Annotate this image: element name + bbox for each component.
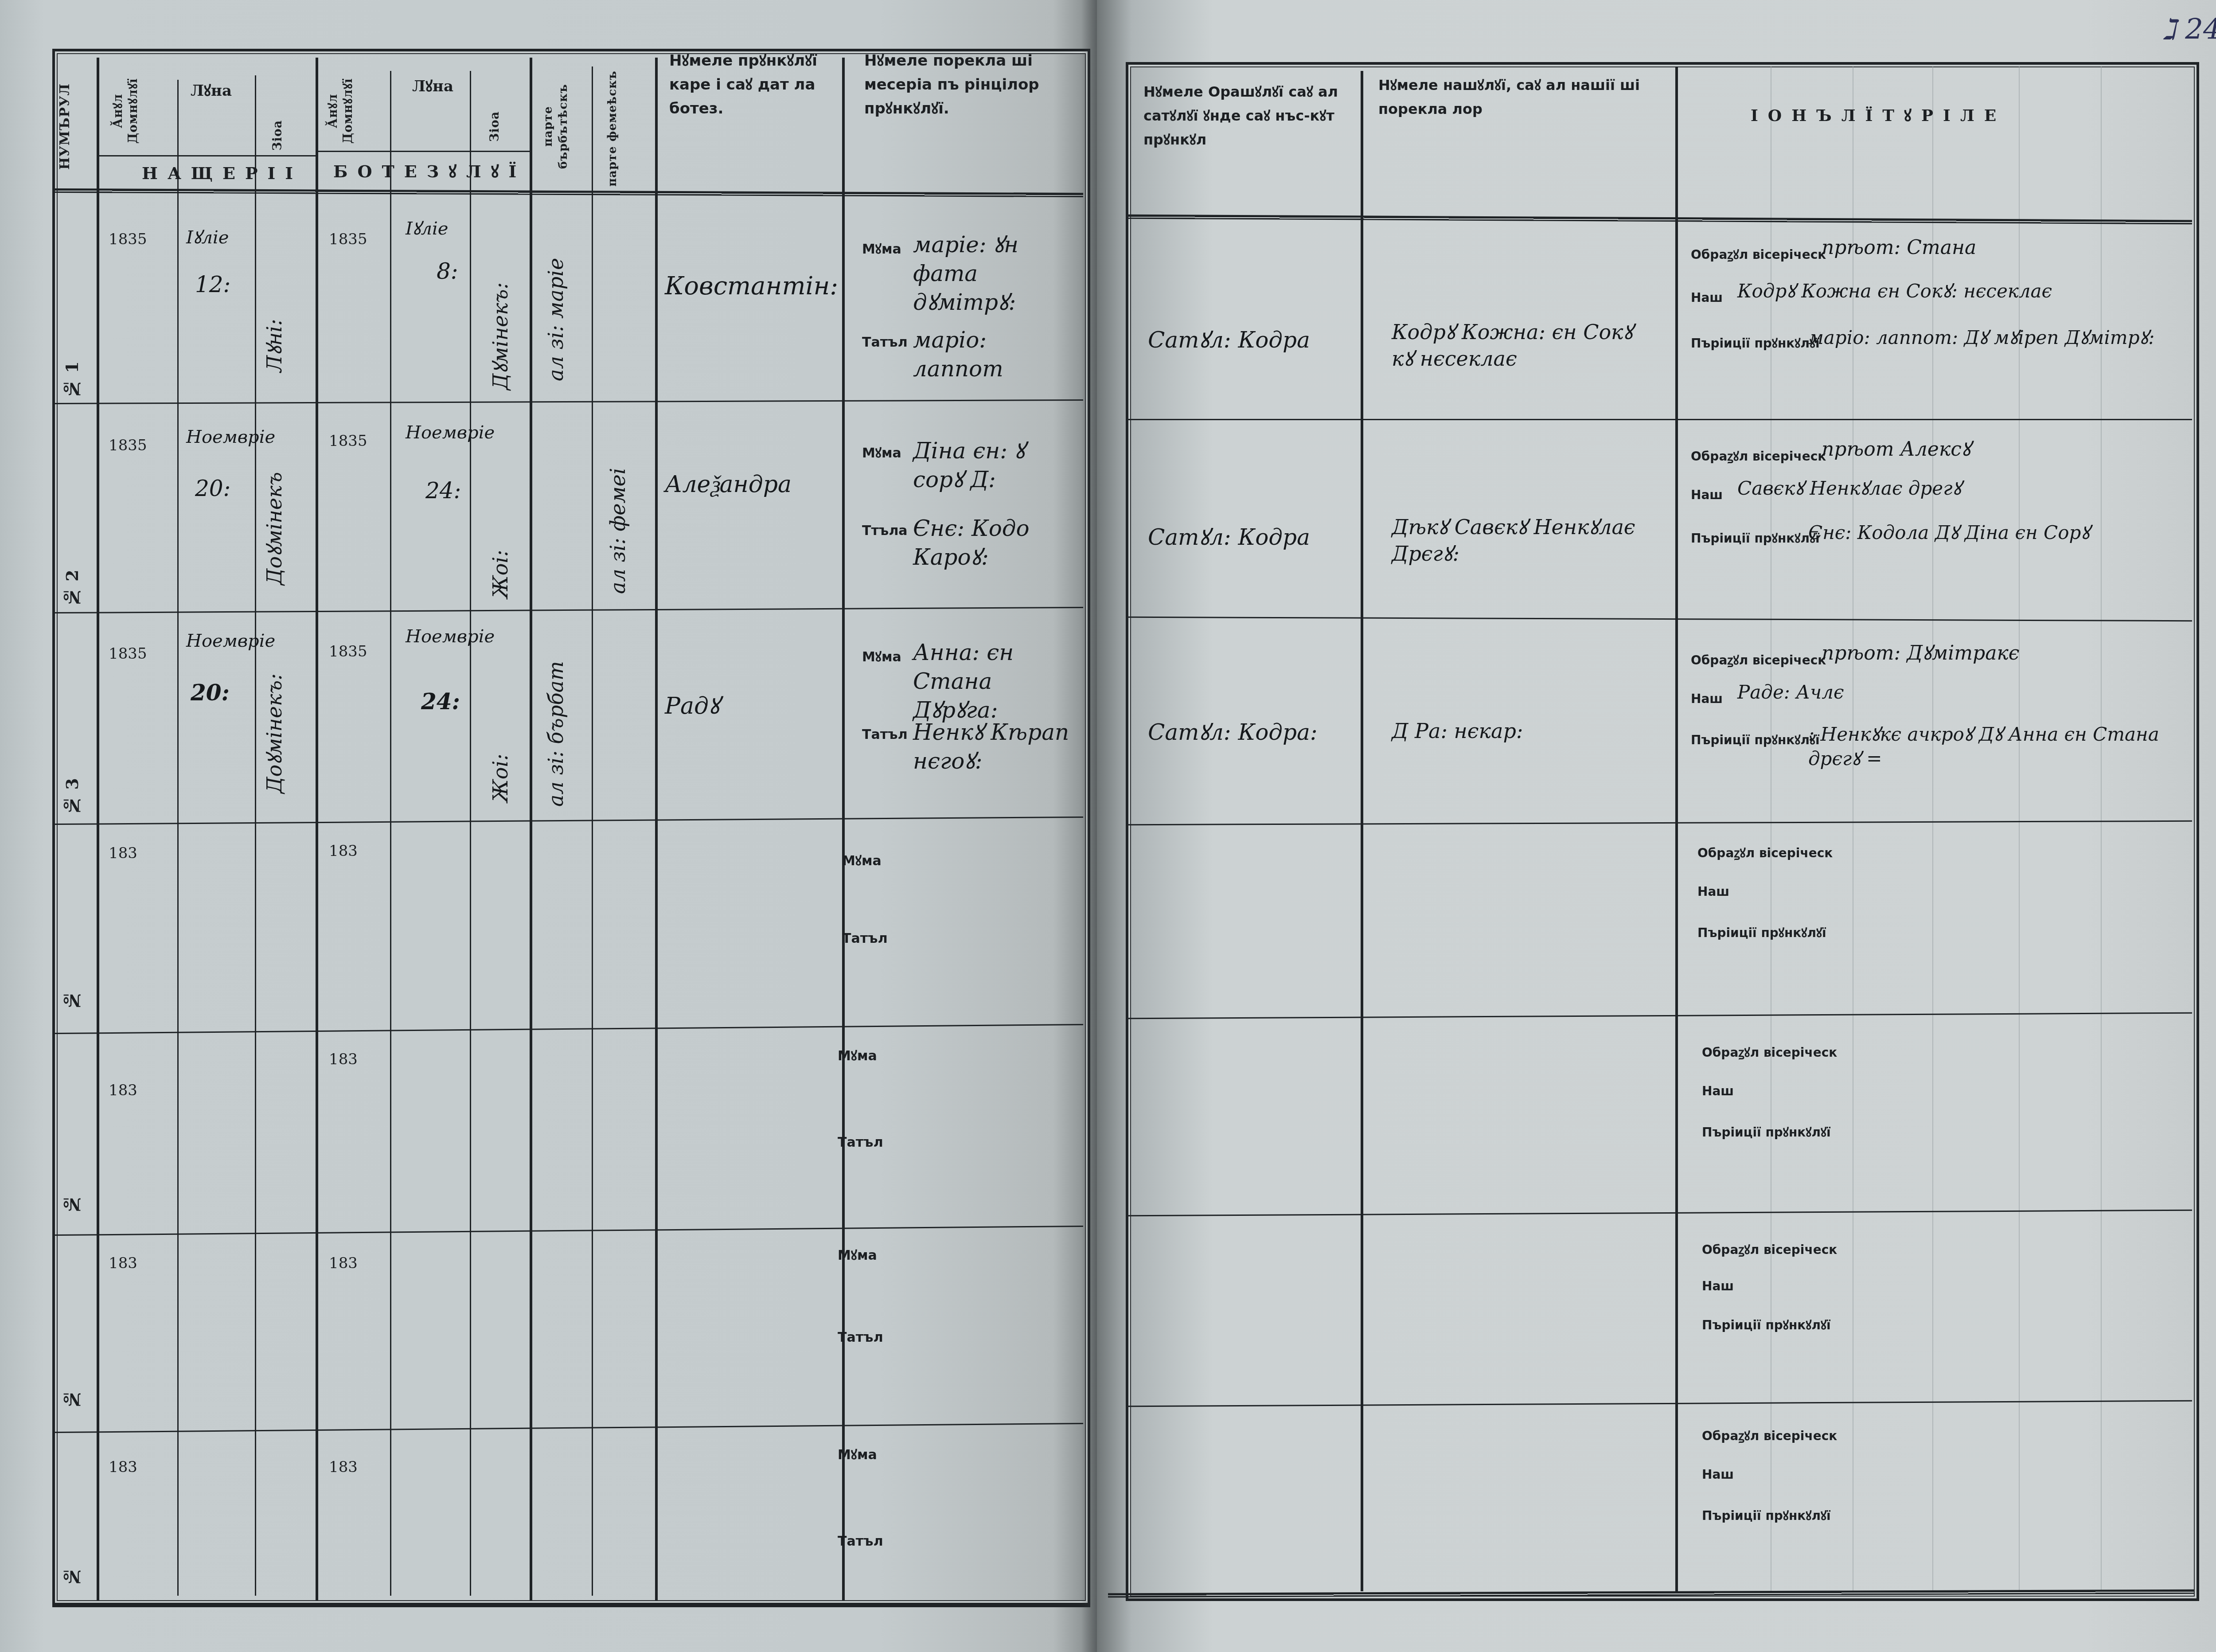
header-godparent: Нꙋмеле нашꙋлꙋї, саꙋ ал нашії ші порекла … xyxy=(1378,73,1662,121)
baptism-year: 183 xyxy=(329,842,358,860)
church-form-label: Обраꙁꙋл вісеріческ xyxy=(1697,844,1833,861)
birth-year: 183 xyxy=(109,1254,137,1272)
birth-day: 20: xyxy=(195,474,230,503)
column-rule xyxy=(1675,66,1678,1591)
godparent-name: Д Ра: нєкар: xyxy=(1392,718,1658,745)
birth-year: 183 xyxy=(109,1082,137,1099)
header-birth-day: Зіоа xyxy=(270,111,297,160)
father-name: маріо: лаппот xyxy=(913,326,1077,383)
baptism-month: Іꙋліе xyxy=(406,217,449,240)
birth-year: 1835 xyxy=(109,645,147,663)
parents-value: Єнє: Кодола Дꙋ Діна єн Сорꙋ xyxy=(1808,521,2189,545)
child-name: Алеѯандра xyxy=(665,470,792,500)
birth-town: Сатꙋл: Кодра xyxy=(1148,326,1310,355)
church-form-label: Обраꙁꙋл вісеріческ xyxy=(1702,1044,1837,1061)
church-form-value: прѣот Алексꙋ xyxy=(1822,437,1970,462)
godparent-value: Савєкꙋ Ненкꙋлає дрегꙋ xyxy=(1737,476,2189,501)
father-label: Татъл xyxy=(838,1534,883,1549)
row-number: № 3 xyxy=(62,731,82,816)
baptism-weekday: Дꙋмінекъ: xyxy=(488,213,514,390)
birth-month: Ноемвріе xyxy=(186,629,253,652)
godparent-label: Наш xyxy=(1691,488,1723,502)
birth-weekday: Лꙋні: xyxy=(261,270,288,372)
baptism-day: 24: xyxy=(425,476,461,505)
header-birth-group: НАЩЕРІІ xyxy=(142,163,303,183)
parents-label: Пъріиції прꙋнкꙋлꙋї xyxy=(1702,1507,1831,1524)
left-page: НУМЪРУЛ Ӑнꙋл Домнꙋлꙋї Лꙋна Зіоа НАЩЕРІІ … xyxy=(0,0,1097,1652)
mother-label: Мꙋма xyxy=(838,1246,877,1264)
column-rule xyxy=(530,58,532,1600)
church-form-label: Обраꙁꙋл вісеріческ xyxy=(1702,1241,1837,1258)
father-label: Татъл xyxy=(862,335,908,350)
header-child-name: Нꙋмеле прꙋнкꙋлꙋї каре і саꙋ дат ла ботез… xyxy=(669,49,838,121)
header-birth-month: Лꙋна xyxy=(191,80,232,100)
mother-label: Мꙋма xyxy=(842,851,882,869)
row-number: № 1 xyxy=(62,319,82,399)
mother-name: маріе: ꙋн фата дꙋмітрꙋ: xyxy=(913,230,1077,317)
birth-weekday: Доꙋмінекъ: xyxy=(261,643,288,793)
church-form-label: Обраꙁꙋл вісеріческ xyxy=(1691,652,1826,668)
birth-town: Сатꙋл: Кодра: xyxy=(1148,718,1318,747)
parents-label: Пъріиції прꙋнкꙋлꙋї xyxy=(1702,1124,1831,1140)
godparent-label: Наш xyxy=(1702,1467,1734,1482)
godparent-label: Наш xyxy=(1702,1279,1734,1293)
column-rule xyxy=(255,75,256,1596)
column-rule xyxy=(316,58,318,1600)
birth-day: 12: xyxy=(195,270,230,299)
group-rule xyxy=(98,155,316,156)
male-entry: ал зі: маріе xyxy=(543,204,570,381)
father-label: Татъл xyxy=(838,1135,883,1150)
row-rule xyxy=(1128,419,2192,420)
column-rule xyxy=(655,58,658,1600)
baptism-year: 183 xyxy=(329,1458,358,1476)
header-baptism-year: Ӑнꙋл Домнꙋлꙋї xyxy=(326,66,379,155)
baptism-month: Ноемвріе xyxy=(406,421,468,444)
birth-year: 1835 xyxy=(109,437,147,454)
baptism-weekday: Жоі: xyxy=(488,452,514,598)
column-rule xyxy=(470,71,471,1596)
birth-year: 183 xyxy=(109,844,137,862)
mother-label: Мꙋма xyxy=(862,647,901,665)
baptism-weekday: Жоі: xyxy=(488,652,514,802)
mother-label: Мꙋма xyxy=(862,443,901,461)
parents-value: : Ненкꙋкє ачкроꙋ Дꙋ Анна єн Стана дрєгꙋ … xyxy=(1808,723,2189,771)
church-form-value: прѣот: Стана xyxy=(1822,235,1976,260)
column-rule xyxy=(1361,71,1363,1591)
header-parents: Нꙋмеле порекла ші месеріа пъ рінцілор пр… xyxy=(864,49,1077,121)
birth-year: 183 xyxy=(109,1458,137,1476)
godparent-name: Кодрꙋ Кожна: єн Сокꙋ кꙋ нєсеклає xyxy=(1392,319,1658,372)
column-rule xyxy=(177,80,179,1596)
birth-town: Сатꙋл: Кодра xyxy=(1148,523,1310,552)
mother-name: Анна: єн Стана Дꙋрꙋга: xyxy=(913,638,1077,725)
mother-label: Мꙋма xyxy=(838,1046,877,1064)
parents-value: маріо: лаппот: Дꙋ мꙋіреп Дꙋмітрꙋ: xyxy=(1808,326,2189,350)
godparent-label: Наш xyxy=(1691,691,1723,706)
male-entry: ал зі: бърбат xyxy=(543,621,570,807)
parents-label: Пъріиції прꙋнкꙋлꙋї xyxy=(1691,731,1820,748)
header-female: парте фемеѣскъ xyxy=(605,66,645,191)
birth-day: 20: xyxy=(191,678,230,707)
baptism-day: 8: xyxy=(437,257,458,286)
header-male: парте бърбътѣскъ xyxy=(541,62,581,191)
column-rule xyxy=(97,58,99,1600)
header-witnesses: ІОНЪЛЇТꙋРІЛЕ xyxy=(1751,104,2006,126)
father-name: Єнє: Кодо Кароꙋ: xyxy=(913,514,1077,572)
header-town: Нꙋмеле Орашꙋлꙋї саꙋ ал сатꙋлꙋї ꙋнде саꙋ … xyxy=(1143,80,1352,152)
female-entry: ал зі: фемеі xyxy=(605,408,632,594)
parents-label: Пъріиції прꙋнкꙋлꙋї xyxy=(1691,335,1820,351)
father-name: Ненкꙋ Кѣрап нєгоꙋ: xyxy=(913,718,1077,776)
header-number: НУМЪРУЛ xyxy=(58,62,93,191)
header-baptism-day: Зіоа xyxy=(488,102,514,151)
birth-month: Ноемвріе xyxy=(186,426,253,449)
header-baptism-month: Лꙋна xyxy=(412,75,453,96)
father-label: Ттъла xyxy=(862,523,908,539)
baptism-year: 1835 xyxy=(329,643,367,660)
parents-label: Пъріиції прꙋнкꙋлꙋї xyxy=(1691,530,1820,547)
godparent-value: Кодрꙋ Кожна єн Сокꙋ: нєсеклає xyxy=(1737,279,2189,304)
birth-weekday: Доꙋмінекъ xyxy=(261,439,288,585)
godparent-value: Раде: Ачлє xyxy=(1737,680,2189,705)
birth-year: 1835 xyxy=(109,230,147,248)
child-name: Радꙋ xyxy=(665,691,719,722)
parents-label: Пъріиції прꙋнкꙋлꙋї xyxy=(1697,924,1826,941)
mother-label: Мꙋма xyxy=(862,239,901,258)
header-baptism-group: БОТЕЗꙋЛꙋЇ xyxy=(333,160,526,183)
header-birth-year: Ӑнꙋл Домнꙋлꙋї xyxy=(111,66,164,155)
father-label: Татъл xyxy=(838,1330,883,1345)
mother-name: Діна єн: ꙋ сорꙋ Д: xyxy=(913,437,1077,494)
church-form-label: Обраꙁꙋл вісеріческ xyxy=(1691,448,1826,465)
church-form-label: Обраꙁꙋл вісеріческ xyxy=(1691,246,1826,263)
row-number: № xyxy=(62,1179,82,1215)
godparent-label: Наш xyxy=(1697,884,1729,899)
godparent-name: Дѣкꙋ Савєкꙋ Ненкꙋлає Дрєгꙋ: xyxy=(1392,514,1658,567)
baptism-day: 24: xyxy=(421,687,460,716)
godparent-label: Наш xyxy=(1702,1084,1734,1098)
column-rule xyxy=(390,71,391,1596)
folio-number: ℷ 24 xyxy=(2163,13,2216,46)
baptism-year: 1835 xyxy=(329,230,367,248)
father-label: Татъл xyxy=(862,727,908,742)
mother-label: Мꙋма xyxy=(838,1445,877,1463)
baptism-year: 183 xyxy=(329,1254,358,1272)
baptism-month: Ноемвріе xyxy=(406,625,468,648)
row-number: № xyxy=(62,1551,82,1587)
row-number: № 2 xyxy=(62,523,82,607)
birth-month: Іꙋліе xyxy=(186,226,229,249)
baptism-year: 183 xyxy=(329,1051,358,1068)
church-form-label: Обраꙁꙋл вісеріческ xyxy=(1702,1427,1837,1444)
row-number: № xyxy=(62,975,82,1011)
godparent-label: Наш xyxy=(1691,290,1723,305)
father-label: Татъл xyxy=(842,931,888,946)
child-name: Ковстантін: xyxy=(665,270,838,303)
row-number: № xyxy=(62,1374,82,1410)
column-rule xyxy=(592,66,593,1596)
church-form-value: прѣот: Дꙋмітракє xyxy=(1822,640,2019,666)
column-rule xyxy=(842,58,845,1600)
baptism-year: 1835 xyxy=(329,432,367,450)
group-rule xyxy=(317,151,530,152)
parents-label: Пъріиції прꙋнкꙋлꙋї xyxy=(1702,1316,1831,1333)
